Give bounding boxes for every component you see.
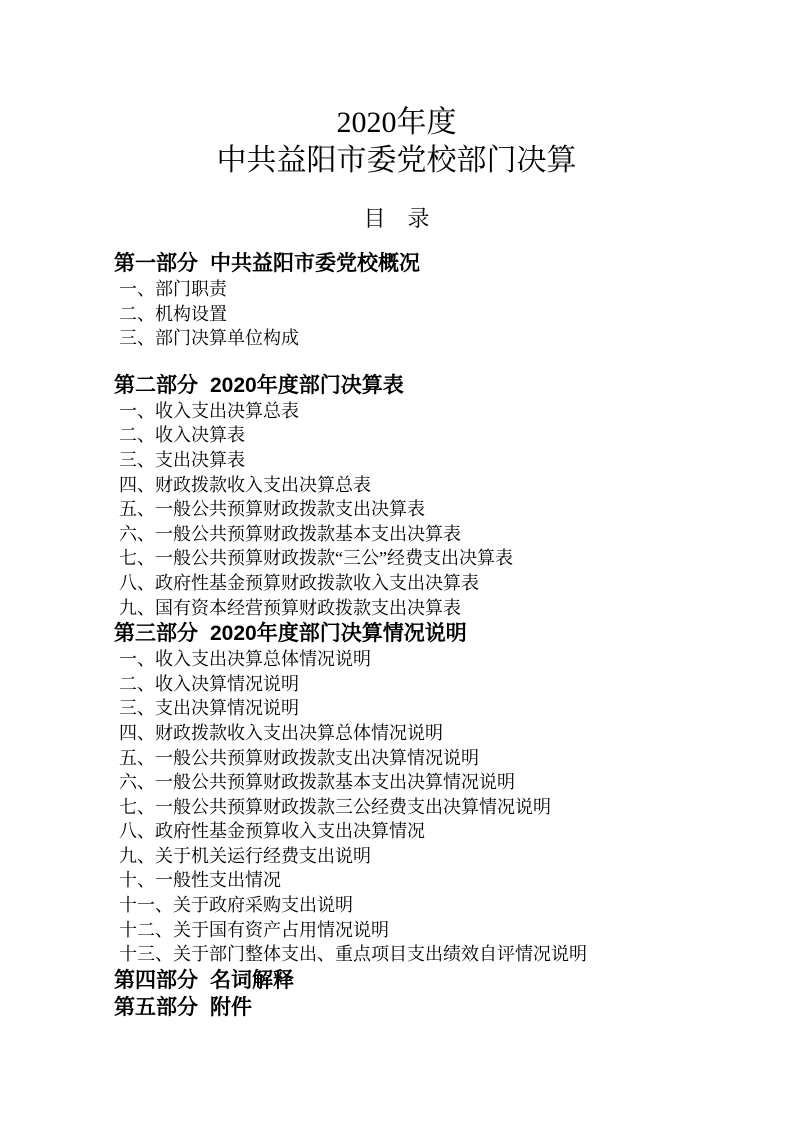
toc-item: 八、政府性基金预算财政拨款收入支出决算表 <box>114 571 753 596</box>
toc-title: 目 录 <box>0 206 793 232</box>
toc-section-5: 第五部分附件 <box>114 994 753 1021</box>
section-3-title: 2020年度部门决算情况说明 <box>210 622 467 645</box>
section-4-part-label: 第四部分 <box>114 969 198 992</box>
section-3-heading: 第三部分2020年度部门决算情况说明 <box>114 620 753 647</box>
section-5-heading: 第五部分附件 <box>114 994 753 1021</box>
toc-item: 六、一般公共预算财政拨款基本支出决算情况说明 <box>114 770 753 795</box>
section-1-part-label: 第一部分 <box>114 252 198 275</box>
section-4-heading: 第四部分名词解释 <box>114 967 753 994</box>
document-page: 2020年度 中共益阳市委党校部门决算 目 录 第一部分中共益阳市委党校概况 一… <box>0 0 793 1122</box>
toc-section-4: 第四部分名词解释 <box>114 967 753 994</box>
toc-item: 四、财政拨款收入支出决算总体情况说明 <box>114 721 753 746</box>
section-4-title: 名词解释 <box>210 969 294 992</box>
toc-section-2: 第二部分2020年度部门决算表 一、收入支出决算总表 二、收入决算表 三、支出决… <box>114 372 753 620</box>
section-3-part-label: 第三部分 <box>114 622 198 645</box>
section-1-title: 中共益阳市委党校概况 <box>210 252 420 275</box>
toc-item: 十三、关于部门整体支出、重点项目支出绩效自评情况说明 <box>114 942 753 967</box>
toc-item: 八、政府性基金预算收入支出决算情况 <box>114 819 753 844</box>
toc-item: 七、一般公共预算财政拨款“三公”经费支出决算表 <box>114 546 753 571</box>
toc-item: 二、机构设置 <box>114 302 753 327</box>
toc-item: 九、国有资本经营预算财政拨款支出决算表 <box>114 596 753 621</box>
section-2-part-label: 第二部分 <box>114 374 198 397</box>
toc-item: 一、部门职责 <box>114 277 753 302</box>
section-2-title: 2020年度部门决算表 <box>210 374 404 397</box>
table-of-contents: 第一部分中共益阳市委党校概况 一、部门职责 二、机构设置 三、部门决算单位构成 … <box>114 250 753 1021</box>
toc-item: 六、一般公共预算财政拨款基本支出决算表 <box>114 522 753 547</box>
section-1-heading: 第一部分中共益阳市委党校概况 <box>114 250 753 277</box>
toc-item: 三、支出决算表 <box>114 448 753 473</box>
toc-item: 十、一般性支出情况 <box>114 868 753 893</box>
toc-item: 一、收入支出决算总表 <box>114 399 753 424</box>
document-title-line2: 中共益阳市委党校部门决算 <box>0 142 793 180</box>
section-5-title: 附件 <box>210 996 252 1019</box>
toc-item: 五、一般公共预算财政拨款支出决算表 <box>114 497 753 522</box>
document-title-line1: 2020年度 <box>0 104 793 142</box>
toc-item: 四、财政拨款收入支出决算总表 <box>114 473 753 498</box>
section-2-heading: 第二部分2020年度部门决算表 <box>114 372 753 399</box>
toc-item: 十一、关于政府采购支出说明 <box>114 893 753 918</box>
toc-item: 三、部门决算单位构成 <box>114 326 753 351</box>
toc-item: 五、一般公共预算财政拨款支出决算情况说明 <box>114 746 753 771</box>
toc-item: 一、收入支出决算总体情况说明 <box>114 647 753 672</box>
toc-item: 九、关于机关运行经费支出说明 <box>114 844 753 869</box>
toc-item: 二、收入决算表 <box>114 423 753 448</box>
toc-item: 十二、关于国有资产占用情况说明 <box>114 918 753 943</box>
toc-section-1: 第一部分中共益阳市委党校概况 一、部门职责 二、机构设置 三、部门决算单位构成 <box>114 250 753 351</box>
toc-item: 二、收入决算情况说明 <box>114 672 753 697</box>
toc-item: 七、一般公共预算财政拨款三公经费支出决算情况说明 <box>114 795 753 820</box>
toc-item: 三、支出决算情况说明 <box>114 696 753 721</box>
toc-section-3: 第三部分2020年度部门决算情况说明 一、收入支出决算总体情况说明 二、收入决算… <box>114 620 753 967</box>
section-5-part-label: 第五部分 <box>114 996 198 1019</box>
